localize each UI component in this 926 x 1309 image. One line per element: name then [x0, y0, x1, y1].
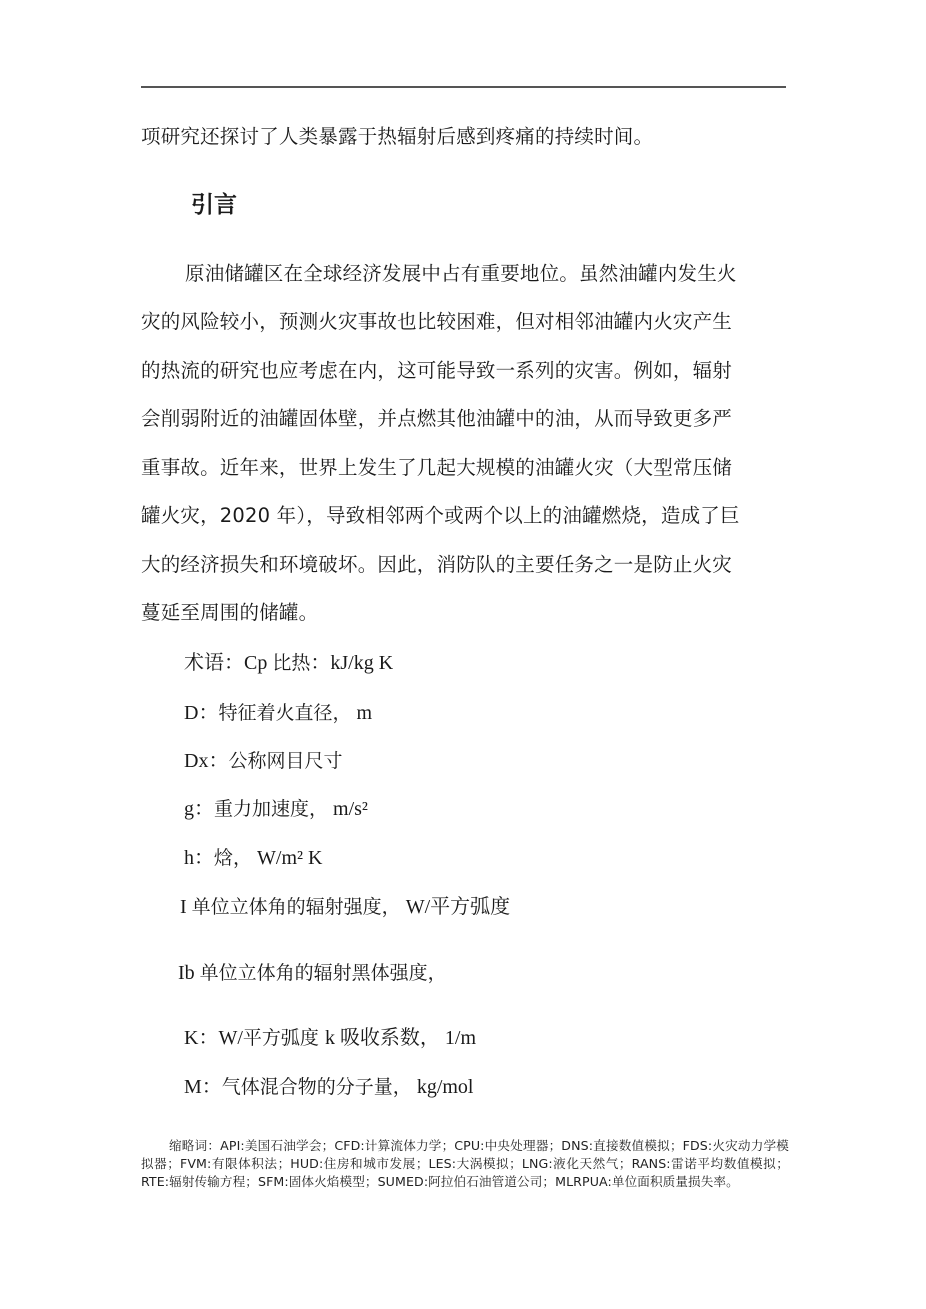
term-description: 特征着火直径， — [218, 702, 351, 724]
term-description: 平方弧度 — [243, 1027, 325, 1049]
term-symbol: M： — [184, 1076, 222, 1098]
continuation-text: 项研究还探讨了人类暴露于热辐射后感到疼痛的持续时间。 — [141, 124, 653, 150]
nomenclature-item: g：重力加速度， m/s² — [184, 796, 368, 822]
paragraph-line: 重事故。近年来，世界上发生了几起大规模的油罐火灾（大型常压储 — [141, 455, 732, 481]
term-unit: k 吸收系数， 1/m — [325, 1027, 476, 1049]
nomenclature-item: Ib 单位立体角的辐射黑体强度， — [178, 960, 447, 986]
term-description: 单位立体角的辐射黑体强度， — [200, 962, 447, 984]
section-heading-introduction: 引言 — [191, 190, 237, 220]
paragraph-line: 蔓延至周围的储罐。 — [141, 600, 318, 626]
term-symbol: D： — [184, 702, 218, 724]
term-description: 公称网目尺寸 — [228, 750, 342, 772]
paragraph-line: 的热流的研究也应考虑在内，这可能导致一系列的灾害。例如，辐射 — [141, 358, 732, 384]
term-unit: kg/mol — [412, 1076, 474, 1098]
term-symbol: Ib — [178, 962, 200, 984]
paragraph-line: 灾的风险较小，预测火灾事故也比较困难，但对相邻油罐内火灾产生 — [141, 309, 732, 335]
term-symbol: 术语：Cp — [184, 652, 272, 674]
term-unit: W/m² K — [252, 847, 322, 869]
term-unit: m — [351, 702, 372, 724]
paragraph-line: 大的经济损失和环境破坏。因此，消防队的主要任务之一是防止火灾 — [141, 552, 732, 578]
term-description: 气体混合物的分子量， — [222, 1076, 412, 1098]
term-unit: W/平方弧度 — [401, 896, 510, 918]
term-description: 焓， — [214, 847, 252, 869]
nomenclature-item: M：气体混合物的分子量， kg/mol — [184, 1074, 473, 1100]
term-symbol: g： — [184, 798, 214, 820]
term-description: 重力加速度， — [214, 798, 328, 820]
abbreviations-footnote: 缩略词：API:美国石油学会；CFD:计算流体力学；CPU:中央处理器；DNS:… — [141, 1137, 789, 1191]
nomenclature-item: D：特征着火直径， m — [184, 700, 372, 726]
term-description: 比热 — [272, 652, 310, 674]
term-unit: m/s² — [328, 798, 368, 820]
nomenclature-item: 术语：Cp 比热：kJ/kg K — [184, 650, 393, 676]
term-symbol: h： — [184, 847, 214, 869]
term-description: 单位立体角的辐射强度， — [192, 896, 401, 918]
nomenclature-item: Dx：公称网目尺寸 — [184, 748, 342, 774]
nomenclature-item: K：W/平方弧度 k 吸收系数， 1/m — [184, 1025, 476, 1051]
nomenclature-item: h：焓， W/m² K — [184, 845, 322, 871]
paragraph-line: 会削弱附近的油罐固体壁，并点燃其他油罐中的油，从而导致更多严 — [141, 406, 732, 432]
header-rule — [141, 86, 786, 88]
term-symbol: Dx： — [184, 750, 228, 772]
nomenclature-item: I 单位立体角的辐射强度， W/平方弧度 — [180, 894, 510, 920]
term-unit: ：kJ/kg K — [310, 652, 393, 674]
paragraph-line: 原油储罐区在全球经济发展中占有重要地位。虽然油罐内发生火 — [185, 261, 737, 287]
paragraph-line: 罐火灾，2020 年），导致相邻两个或两个以上的油罐燃烧，造成了巨 — [141, 503, 740, 529]
term-symbol: K：W/ — [184, 1027, 243, 1049]
term-symbol: I — [180, 896, 192, 918]
